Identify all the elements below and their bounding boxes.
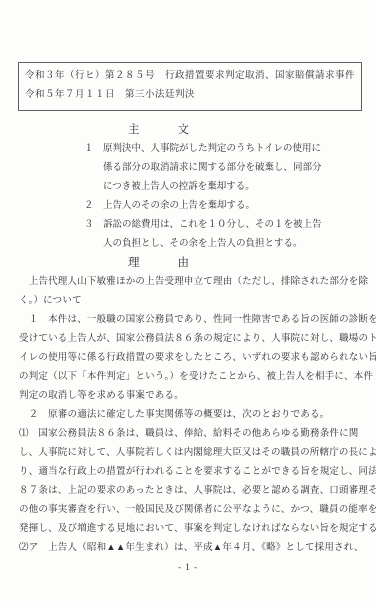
main-text-heading-char2: 文 <box>178 121 190 140</box>
main-text-item-1-text: 原判決中、人事院がした判定のうちトイレの使用に 係る部分の取消請求に関する部分を… <box>103 140 322 197</box>
main-text-item-3-text: 訴訟の総費用は、これを１０分し、その１を被上告 人の負担とし、その余を上告人の負… <box>103 216 322 254</box>
reason-heading-char1: 理 <box>128 254 140 273</box>
main-text-item-3-number: ３ <box>84 216 103 254</box>
judgment-date-line: 令和５年７月１１日 第三小法廷判決 <box>25 86 355 105</box>
page-number: - 1 - <box>0 558 376 577</box>
reason-paragraph-2-2a-appellant: ⑵ア 上告人（昭和▲▲年生まれ）は、平成▲年４月、《略》として採用され、 <box>19 539 362 558</box>
case-number-line: 令和３年（行ヒ）第２８５号 行政措置要求判定取消、国家賠償請求事件 <box>25 67 355 86</box>
main-text-item-3: ３ 訴訟の総費用は、これを１０分し、その１を被上告 人の負担とし、その余を上告人… <box>84 216 376 254</box>
main-text-item-2-number: ２ <box>84 197 103 216</box>
reason-paragraph-2-facts-intro: ２ 原審の適法に確定した事実関係等の概要は、次のとおりである。 <box>19 406 362 425</box>
reason-heading: 理 由 <box>0 254 376 273</box>
reason-heading-char2: 由 <box>178 254 190 273</box>
judgment-body: 主 文 １ 原判決中、人事院がした判定のうちトイレの使用に 係る部分の取消請求に… <box>0 121 376 577</box>
main-text-heading: 主 文 <box>0 121 376 140</box>
main-text-item-1: １ 原判決中、人事院がした判定のうちトイレの使用に 係る部分の取消請求に関する部… <box>84 140 376 197</box>
main-text-item-2-text: 上告人のその余の上告を棄却する。 <box>103 197 255 216</box>
reason-paragraph-appeal-counsel: 上告代理人山下敏雅ほかの上告受理申立て理由（ただし、排除された部分を除 く。）に… <box>19 273 362 311</box>
judgment-document-page: 令和３年（行ヒ）第２８５号 行政措置要求判定取消、国家賠償請求事件 令和５年７月… <box>0 0 376 602</box>
main-text-item-1-number: １ <box>84 140 103 197</box>
reason-paragraph-2-1-statute: ⑴ 国家公務員法８６条は、職員は、俸給、給料その他あらゆる勤務条件に関 し、人事… <box>19 425 362 539</box>
main-text-heading-char1: 主 <box>128 121 140 140</box>
reason-paragraph-1-case-summary: １ 本件は、一般職の国家公務員であり、性同一性障害である旨の医師の診断を 受けて… <box>19 311 362 406</box>
case-caption-box: 令和３年（行ヒ）第２８５号 行政措置要求判定取消、国家賠償請求事件 令和５年７月… <box>18 62 362 111</box>
main-text-item-2: ２ 上告人のその余の上告を棄却する。 <box>84 197 376 216</box>
